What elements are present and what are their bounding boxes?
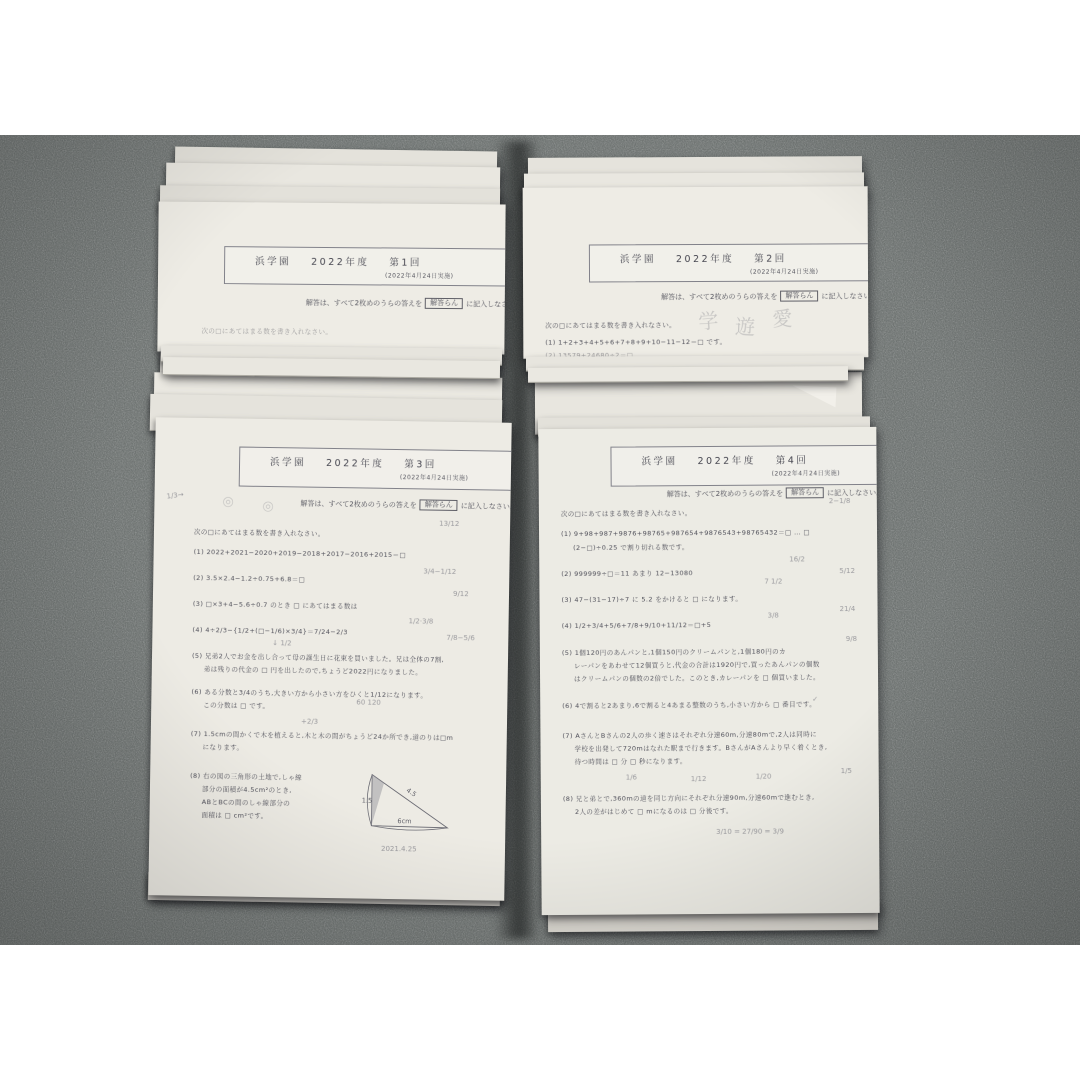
problem-line: (8) 右の図の三角形の土地で,しゃ線 (190, 771, 302, 782)
pencil-doodle: ◎ (262, 499, 274, 514)
problem-line: レーパンをあわせて12個買うと,代金の合計は1920円で,買ったあんパンの個数 (574, 659, 820, 670)
diagram-label-left: 1.5 (362, 797, 372, 805)
exam-year: 2022年度 (311, 254, 369, 269)
problem-intro: 次の□にあてはまる数を書き入れなさい。 (201, 326, 332, 336)
pencil-math: 3/8 (768, 612, 779, 620)
exam-date: (2022年4月24日実施) (385, 270, 453, 280)
problem-intro: 次の□にあてはまる数を書き入れなさい。 (545, 320, 676, 330)
problem-line: (2) 999999÷□＝11 あまり 12−13080 (561, 568, 693, 578)
exam2-bottom-sheet (528, 366, 848, 383)
exam1-header-box: 浜学園 2022年度 第1回 (2022年4月24日実施) (224, 246, 506, 287)
problem-line: (7) 1.5cmの間かくで木を植えると,木と木の間がちょうど24か所でき,道の… (191, 729, 454, 742)
pencil-math: 1/2·3/8 (409, 617, 434, 625)
instruction-text: に記入しなさい。 (461, 501, 512, 512)
problem-line: (1) 2022+2021−2020+2019−2018+2017−2016+2… (194, 547, 406, 559)
problem-line: 2人の差がはじめて □ mになるのは □ 分後です。 (575, 806, 733, 816)
pencil-math: 21/4 (840, 605, 856, 613)
problem-line: (5) 兄弟2人でお金を出し合って母の誕生日に花束を買いました。兄は全体の7割, (192, 651, 444, 664)
problem-line: (5) 1個120円のあんパンと,1個150円のクリームパンと,1個180円のカ (562, 646, 786, 657)
exam-date: (2022年4月24日実施) (400, 472, 469, 482)
problem-line: はクリームパンの個数の2倍でした。このとき,カレーパンを □ 個買いました。 (574, 672, 820, 683)
pencil-math: 2−1/8 (829, 497, 851, 505)
pencil-math: 7/8−5/6 (446, 634, 475, 642)
answer-box-label: 解答らん (786, 487, 824, 498)
exam-date: (2022年4月24日実施) (750, 266, 818, 275)
problem-line: 面積は □ cm²です。 (201, 810, 267, 820)
product-photo-canvas: 浜学園 2022年度 第3回 (2022年4月24日実施) 解答は、すべて2枚め… (0, 0, 1080, 1080)
pencil-math: 5/12 (839, 567, 855, 575)
exam-session: 第2回 (754, 251, 787, 265)
pencil-kanji-doodle: 愛 (772, 302, 793, 332)
pencil-math: 3/10 = 27/90 = 3/9 (716, 827, 784, 835)
exam-year: 2022年度 (697, 453, 755, 467)
instruction-text: 解答は、すべて2枚めのうらの答えを (667, 488, 783, 499)
instruction-text: に記入しなさい。 (821, 291, 868, 301)
exam1-page: 浜学園 2022年度 第1回 (2022年4月24日実施) 解答は、すべて2枚め… (157, 201, 505, 354)
problem-line: 弟は残りの代金の □ 円を出したので,ちょうど2022円になりました。 (204, 664, 423, 676)
problem-line: (1) 9+98+987+9876+98765+987654+9876543+9… (561, 527, 810, 538)
pencil-math: 9/12 (453, 590, 469, 598)
exam2-page: 浜学園 2022年度 第2回 (2022年4月24日実施) 解答は、すべて2枚め… (523, 186, 869, 359)
problem-line: (1) 1+2+3+4+5+6+7+8+9+10−11−12＝□ です。 (545, 337, 726, 347)
pencil-math: ↓ 1/2 (272, 639, 291, 647)
school-name: 浜学園 (255, 253, 291, 267)
problem-line: ABとBCの間のしゃ線部分の (202, 797, 291, 807)
school-name: 浜学園 (270, 454, 306, 469)
exam-year: 2022年度 (676, 251, 734, 265)
instruction-text: 解答は、すべて2枚めのうらの答えを (306, 297, 422, 308)
exam-date: (2022年4月24日実施) (772, 468, 840, 477)
pencil-math: 60 120 (356, 698, 381, 706)
problem-line: (8) 兄と弟とで,360mの道を同じ方向にそれぞれ分速90m,分速60mで進む… (563, 792, 815, 803)
exam-year: 2022年度 (326, 455, 384, 470)
answer-instruction: 解答は、すべて2枚めのうらの答えを 解答らん に記入しなさい。 (661, 290, 868, 302)
diagram-label-hypotenuse: 4.5 (405, 786, 418, 798)
folded-corner (792, 385, 837, 407)
answer-box-label: 解答らん (780, 290, 818, 301)
answer-instruction: 解答は、すべて2枚めのうらの答えを 解答らん に記入しなさい。 (300, 498, 511, 512)
problem-line: (4) 1/2+3/4+5/6+7/8+9/10+11/12＝□+5 (562, 620, 712, 630)
pencil-math: 3/4−1/12 (423, 567, 456, 576)
problem-line: (2−□)÷0.25 で割り切れる数です。 (573, 542, 689, 552)
pencil-math: 16/2 (789, 555, 805, 563)
pencil-math: 7 1/2 (764, 577, 782, 585)
pencil-math: 1/12 (691, 775, 707, 783)
pencil-math: 1/5 (841, 767, 852, 775)
school-name: 浜学園 (641, 453, 677, 467)
exam-session: 第4回 (776, 452, 809, 466)
pencil-math: 13/12 (439, 520, 459, 528)
problem-line: 学校を出発して720mはなれた駅まで行きます。BさんがAさんより早く着くとき, (575, 742, 828, 753)
answer-instruction: 解答は、すべて2枚めのうらの答えを 解答らん に記入しなさい。 (306, 297, 506, 310)
exam4-header-box: 浜学園 2022年度 第4回 (2022年4月24日実施) (610, 445, 879, 487)
pencil-math: 9/8 (846, 635, 857, 643)
problem-line: (3) □×3+4−5.6÷0.7 のとき □ にあてはまる数は (193, 599, 358, 611)
instruction-text: 解答は、すべて2枚めのうらの答えを (300, 498, 416, 510)
photo-of-exam-papers: 浜学園 2022年度 第3回 (2022年4月24日実施) 解答は、すべて2枚め… (0, 135, 1080, 945)
exam3-page: 浜学園 2022年度 第3回 (2022年4月24日実施) 解答は、すべて2枚め… (148, 417, 511, 901)
problem-line: (2) 3.5×2.4−1.2÷0.75+6.8＝□ (193, 573, 305, 584)
exam3-header-box: 浜学園 2022年度 第3回 (2022年4月24日実施) (239, 447, 512, 492)
problem-intro: 次の□にあてはまる数を書き入れなさい。 (194, 527, 325, 538)
pencil-math: 1/6 (626, 774, 637, 782)
instruction-text: に記入しなさい。 (466, 299, 506, 309)
problem-line: (6) ある分数と3/4のうち,大きい方から小さい方をひくと1/12になります。 (191, 687, 427, 700)
pencil-date-note: 2021.4.25 (381, 845, 417, 854)
problem-line: (3) 47−(31−17)÷7 に 5.2 をかけると □ になります。 (561, 594, 742, 604)
instruction-text: に記入しなさい。 (827, 487, 880, 497)
problem-line: (4) 4÷2/3−{1/2+(□−1/6)×3/4}＝7/24−2/3 (192, 625, 347, 636)
problem-line: 待つ時間は □ 分 □ 秒になります。 (575, 756, 687, 766)
problem-line: 部分の面積が4.5cm²のとき, (202, 784, 292, 794)
problem-line: になります。 (203, 742, 244, 752)
pencil-kanji-doodle: 学 (697, 304, 719, 334)
problem-intro: 次の□にあてはまる数を書き入れなさい。 (561, 508, 692, 518)
exam-session: 第1回 (389, 255, 422, 269)
answer-box-label: 解答らん (420, 499, 458, 511)
pencil-check: ✓ (812, 695, 818, 703)
exam2-header-box: 浜学園 2022年度 第2回 (2022年4月24日実施) (589, 243, 868, 282)
school-name: 浜学園 (620, 251, 656, 265)
exam4-page: 浜学園 2022年度 第4回 (2022年4月24日実施) 解答は、すべて2枚め… (538, 427, 879, 915)
diagram-label-base: 6cm (397, 817, 411, 825)
pencil-note: 1/3→ (166, 491, 184, 501)
instruction-text: 解答は、すべて2枚めのうらの答えを (661, 291, 777, 302)
problem-line: (6) 4で割ると2あまり,6で割ると4あまる整数のうち,小さい方から □ 番目… (562, 699, 816, 710)
pencil-math: 1/20 (756, 773, 772, 781)
exam-session: 第3回 (404, 456, 437, 471)
problem-line: この分数は □ です。 (203, 700, 269, 710)
pencil-kanji-doodle: 遊 (735, 310, 756, 340)
pencil-math: +2/3 (301, 718, 318, 726)
answer-box-label: 解答らん (425, 298, 463, 309)
problem-line: (7) AさんとBさんの2人の歩く速さはそれぞれ分速60m,分速80mで,2人は… (562, 729, 817, 740)
pencil-doodle: ◎ (222, 494, 234, 509)
triangle-diagram: 4.5 1.5 6cm (361, 767, 458, 846)
